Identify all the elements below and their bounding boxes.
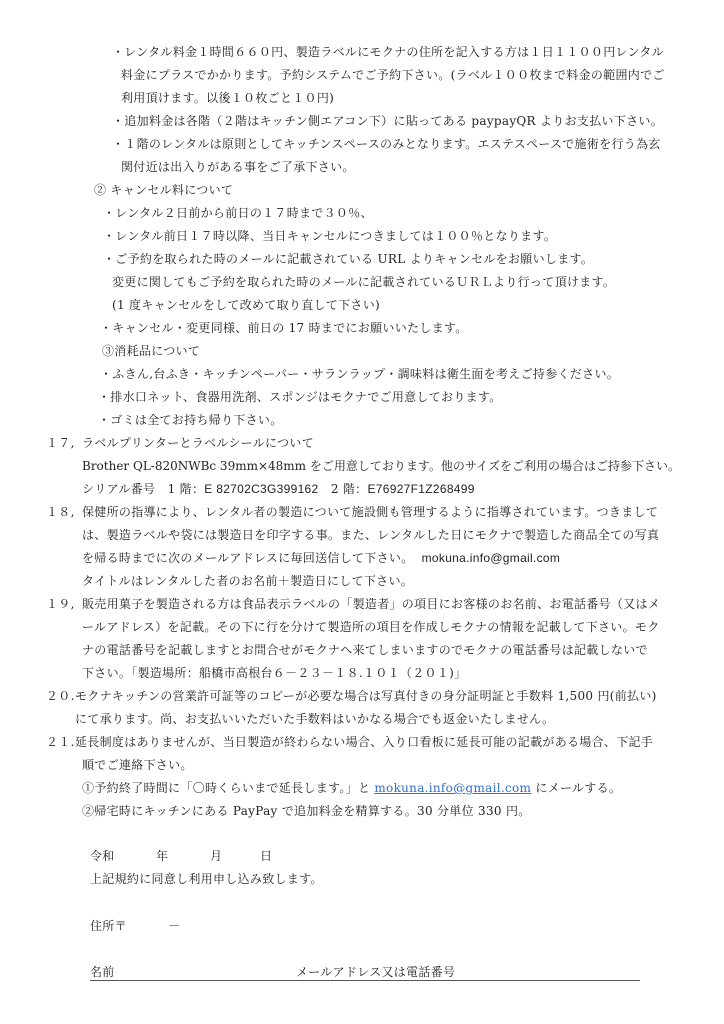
section-number: ２１. bbox=[46, 734, 75, 750]
text-line: にて承ります。尚、お支払いいただいた手数料はいかなる場合でも返金いたしません。 bbox=[75, 711, 554, 727]
text-line: モクナキッチンの営業許可証等のコピーが必要な場合は写真付きの身分証明証と手数料 … bbox=[75, 688, 657, 704]
cancel-heading: ② キャンセル料について bbox=[94, 182, 233, 198]
date-month-label: 月 bbox=[210, 848, 222, 864]
extension-step-1: ①予約終了時間に「〇時くらいまで延長します。」と mokuna.info@gma… bbox=[82, 780, 621, 796]
section-number: １７, bbox=[46, 435, 75, 451]
date-day-label: 日 bbox=[260, 848, 272, 864]
name-label: 名前 bbox=[90, 964, 115, 980]
text-line: を帰る時までに次のメールアドレスに毎回送信して下さい。 mokuna.info@… bbox=[82, 550, 560, 566]
text-line: ・ご予約を取られた時のメールに記載されている URL よりキャンセルをお願いしま… bbox=[103, 251, 593, 267]
text-line: ・レンタル料金１時間６６０円、製造ラベルにモクナの住所を記入する方は１日１１００… bbox=[112, 44, 664, 60]
text-line: ・レンタル２日前から前日の１７時まで３０％、 bbox=[103, 205, 373, 221]
text-line: (1 度キャンセルをして改めて取り直して下さい) bbox=[112, 297, 380, 313]
contact-label: メールアドレス又は電話番号 bbox=[296, 964, 455, 980]
section-number: ２０. bbox=[46, 688, 75, 704]
text-line: 関付近は出入りがある事をご了承下さい。 bbox=[121, 159, 355, 175]
text-line: 料金にプラスでかかります。予約システムでご予約下さい。(ラベル１００枚まで料金の… bbox=[121, 67, 665, 83]
text-line: ナの電話番号を記載しますとお問合せがモクナへ来てしまいますのでモクナの電話番号は… bbox=[82, 642, 648, 658]
text-line: 順でご連絡下さい。 bbox=[82, 757, 193, 773]
text-line: 変更に関してもご予約を取られた時のメールに記載されているＵＲＬより行って頂けます… bbox=[112, 274, 615, 290]
agreement-text: 上記規約に同意し利用申し込み致します。 bbox=[90, 871, 323, 887]
text-line: 販売用菓子を製造される方は食品表示ラベルの「製造者」の項目にお客様のお名前、お電… bbox=[82, 596, 660, 612]
date-era: 令和 bbox=[90, 848, 115, 864]
text-line: 保健所の指導により、レンタル者の製造について施設側も管理するように指導されていま… bbox=[82, 504, 658, 520]
printer-info: Brother QL-820NWBc 39mm×48mm をご用意しております。… bbox=[82, 458, 680, 474]
text-line: タイトルはレンタルした者のお名前＋製造日にして下さい。 bbox=[82, 573, 413, 589]
text-segment: を帰る時までに次のメールアドレスに毎回送信して下さい。 bbox=[82, 551, 414, 565]
section-title: ラベルプリンターとラベルシールについて bbox=[82, 435, 314, 451]
text-line: ・レンタル前日１７時以降、当日キャンセルにつきましては１００％となります。 bbox=[103, 228, 556, 244]
text-line: は、製造ラベルや袋には製造日を印字する事。また、レンタルした日にモクナで製造した… bbox=[82, 527, 659, 543]
date-year-label: 年 bbox=[156, 848, 168, 864]
section-number: １８, bbox=[46, 504, 75, 520]
text-line: ・キャンセル・変更同様、前日の 17 時までにお願いいたします。 bbox=[100, 320, 468, 336]
text-line: ・追加料金は各階（２階はキッチン側エアコン下）に貼ってある paypayQR よ… bbox=[112, 113, 663, 129]
text-segment: にメールする。 bbox=[531, 781, 621, 795]
text-line: 延長制度はありませんが、当日製造が終わらない場合、入り口看板に延長可能の記載があ… bbox=[75, 734, 653, 750]
text-line: ・ゴミは全てお持ち帰り下さい。 bbox=[98, 412, 283, 428]
email-text: mokuna.info@gmail.com bbox=[422, 551, 561, 565]
text-line: ・１階のレンタルは原則としてキッチンスペースのみとなります。エステスペースで施術… bbox=[112, 136, 661, 152]
serial-numbers: シリアル番号 1 階：E 82702C3G399162 2 階：E76927F1… bbox=[82, 481, 475, 497]
extension-step-2: ②帰宅時にキッチンにある PayPay で追加料金を精算する。30 分単位 33… bbox=[82, 803, 531, 819]
serial-2f-label: 2 階： bbox=[319, 482, 368, 496]
signature-underline bbox=[90, 980, 640, 981]
text-line: ・排水口ネット、食器用洗剤、スポンジはモクナでご用意しております。 bbox=[98, 389, 502, 405]
address-label: 住所〒 bbox=[90, 918, 127, 934]
text-segment: ①予約終了時間に「〇時くらいまで延長します。」と bbox=[82, 781, 374, 795]
consumables-heading: ③消耗品について bbox=[102, 343, 200, 359]
section-number: １９, bbox=[46, 596, 75, 612]
text-line: 利用頂けます。以後１０枚ごと１０円) bbox=[121, 90, 334, 106]
text-line: ールアドレス）を記載。その下に行を分けて製造所の項目を作成しモクナの情報を記載し… bbox=[82, 619, 660, 635]
postal-dash: － bbox=[168, 918, 180, 934]
text-line: 下さい。「製造場所：船橋市高根台６－２３－１８.１０１（２０１)」 bbox=[82, 665, 466, 681]
serial-2f: E76927F1Z268499 bbox=[367, 482, 474, 496]
email-link[interactable]: mokuna.info@gmail.com bbox=[374, 781, 531, 795]
serial-label: シリアル番号 1 階： bbox=[82, 482, 204, 496]
serial-1f: E 82702C3G399162 bbox=[204, 482, 318, 496]
text-line: ・ふきん,台ふき・キッチンペーパー・サランラップ・調味料は衛生面を考えご持参くだ… bbox=[100, 366, 619, 382]
